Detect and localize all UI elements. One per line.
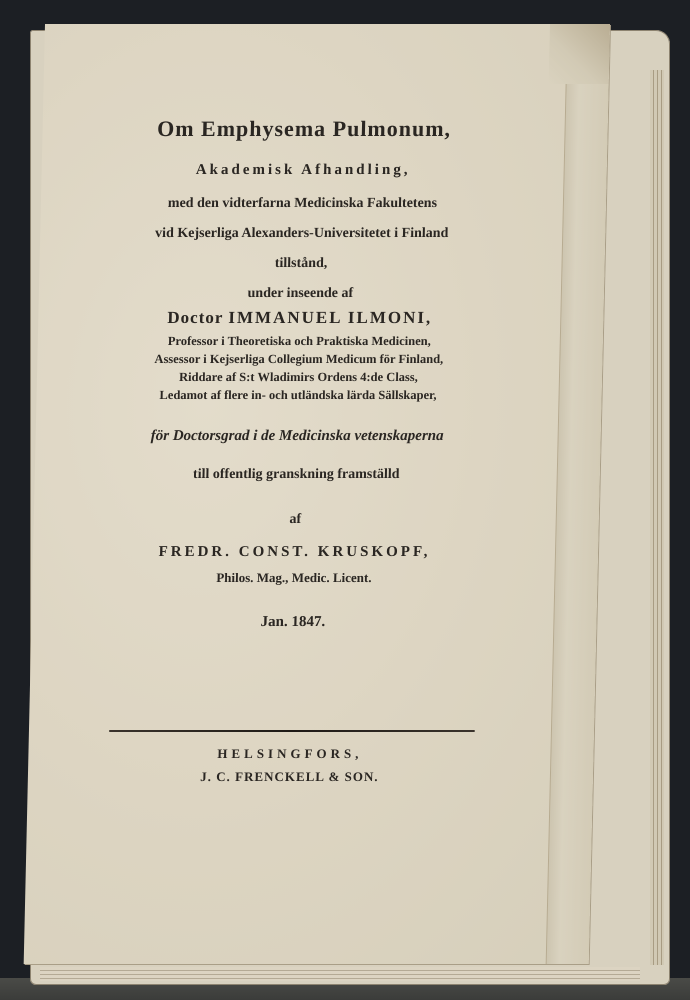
publication-date: Jan. 1847. — [31, 614, 554, 631]
supervision-intro: under inseende af — [39, 286, 562, 302]
author-name: FREDR. CONST. KRUSKOPF, — [33, 544, 556, 561]
permission-line: tillstånd, — [39, 256, 562, 272]
page-edges-bottom — [40, 967, 640, 981]
by-label: af — [34, 512, 557, 528]
divider-rule — [109, 730, 475, 732]
imprint-city: HELSINGFORS, — [28, 746, 551, 762]
supervisor-prefix: Doctor — [167, 308, 223, 327]
document-subtitle: Akademisk Afhandling, — [41, 162, 564, 179]
imprint-publisher: J. C. FRENCKELL & SON. — [28, 769, 551, 785]
supervisor-title: Ledamot af flere in- och utländska lärda… — [36, 388, 559, 403]
folded-corner — [549, 24, 610, 84]
author-credentials: Philos. Mag., Medic. Licent. — [32, 570, 555, 586]
supervisor-title: Professor i Theoretiska och Praktiska Me… — [38, 334, 561, 349]
document-title: Om Emphysema Pulmonum, — [42, 116, 566, 142]
title-page: Om Emphysema Pulmonum, Akademisk Afhandl… — [24, 24, 610, 964]
supervisor-line: Doctor IMMANUEL ILMONI, — [38, 308, 561, 328]
presentation-line: till offentlig granskning framställd — [35, 467, 558, 483]
permission-line: med den vidterfarna Medicinska Fakultete… — [41, 196, 564, 212]
purpose-line: för Doctorsgrad i de Medicinska vetenska… — [35, 428, 558, 445]
supervisor-title: Riddare af S:t Wladimirs Ordens 4:de Cla… — [37, 370, 560, 385]
supervisor-name: IMMANUEL ILMONI, — [228, 308, 432, 327]
supervisor-title: Assessor i Kejserliga Collegium Medicum … — [37, 352, 560, 367]
permission-line: vid Kejserliga Alexanders-Universitetet … — [40, 226, 563, 242]
page-edges-right — [650, 70, 664, 965]
